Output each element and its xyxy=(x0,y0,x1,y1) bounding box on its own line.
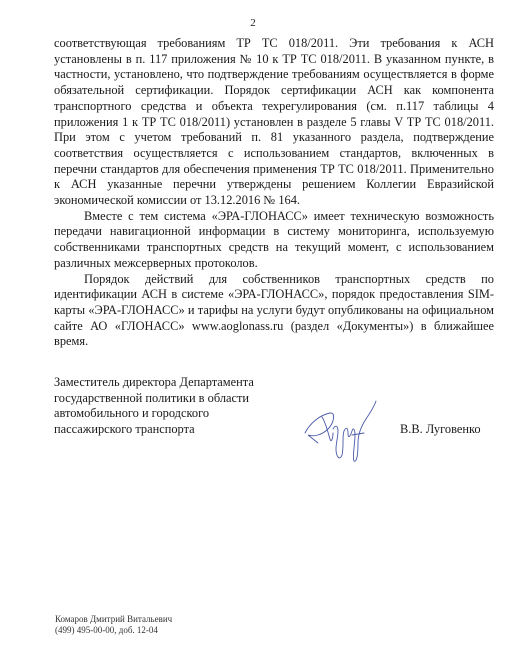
contact-phone: (499) 495-00-00, доб. 12-04 xyxy=(55,625,172,636)
contact-name: Комаров Дмитрий Витальевич xyxy=(55,614,172,625)
page-number: 2 xyxy=(0,17,506,29)
position-line: Заместитель директора Департамента xyxy=(54,375,264,391)
paragraph-1: соответствующая требованиям ТР ТС 018/20… xyxy=(54,36,494,209)
letter-body: соответствующая требованиям ТР ТС 018/20… xyxy=(54,36,494,350)
signer-position: Заместитель директора Департамента госуд… xyxy=(54,375,264,438)
signer-name: В.В. Луговенко xyxy=(400,422,481,437)
paragraph-3: Порядок действий для собственников транс… xyxy=(54,272,494,351)
handwritten-signature-icon xyxy=(300,393,380,465)
position-line: автомобильного и городского xyxy=(54,406,264,422)
position-line: государственной политики в области xyxy=(54,391,264,407)
paragraph-2: Вместе с тем система «ЭРА-ГЛОНАСС» имеет… xyxy=(54,209,494,272)
contact-info: Комаров Дмитрий Витальевич (499) 495-00-… xyxy=(55,614,172,636)
position-line: пассажирского транспорта xyxy=(54,422,264,438)
